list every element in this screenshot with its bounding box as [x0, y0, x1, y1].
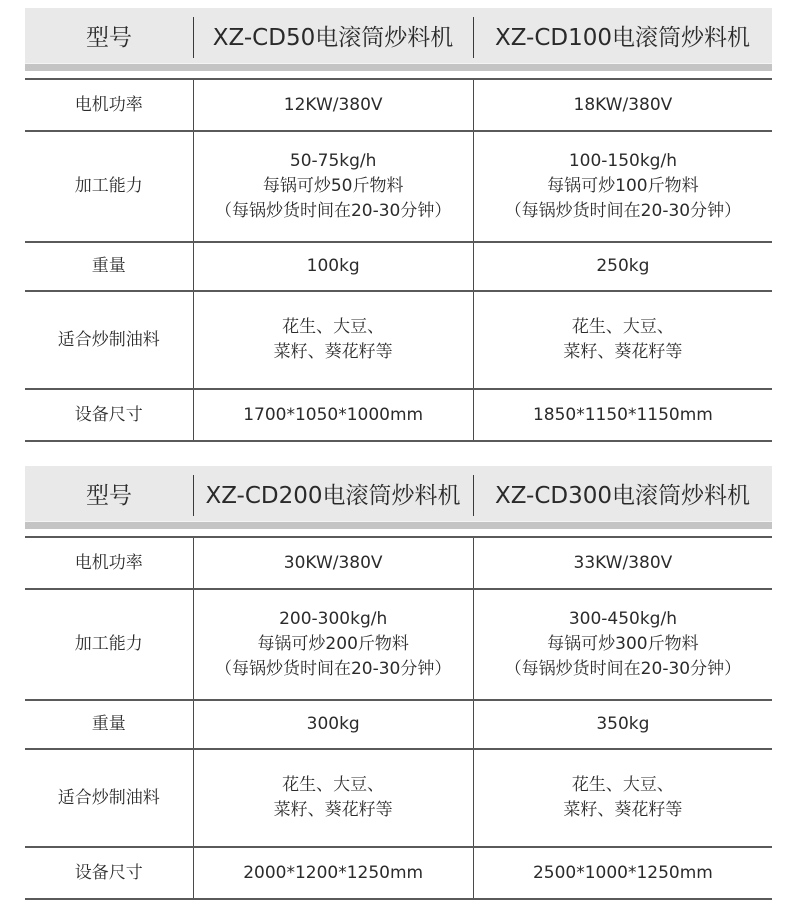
cell-value: 300kg: [194, 701, 474, 748]
table-header: 型号 XZ-CD200电滚筒炒料机 XZ-CD300电滚筒炒料机: [25, 466, 772, 521]
cell-value: 2000*1200*1250mm: [194, 848, 474, 898]
table-body: 电机功率 12KW/380V 18KW/380V 加工能力 50-75kg/h …: [25, 78, 772, 442]
cell-value: 30KW/380V: [194, 538, 474, 588]
table-row-weight: 重量 300kg 350kg: [25, 701, 772, 750]
row-label: 适合炒制油料: [25, 750, 194, 846]
spec-table-2: 型号 XZ-CD200电滚筒炒料机 XZ-CD300电滚筒炒料机 电机功率 30…: [25, 466, 772, 900]
cell-value: 18KW/380V: [474, 80, 772, 130]
cell-value: 250kg: [474, 243, 772, 290]
table-row-capacity: 加工能力 200-300kg/h 每锅可炒200斤物料 （每锅炒货时间在20-3…: [25, 590, 772, 701]
value-line: 每锅可炒300斤物料: [547, 632, 698, 657]
value-line: 花生、大豆、: [572, 315, 674, 340]
table-row-materials: 适合炒制油料 花生、大豆、 菜籽、葵花籽等 花生、大豆、 菜籽、葵花籽等: [25, 292, 772, 390]
value-line: 花生、大豆、: [282, 773, 384, 798]
value-line: （每锅炒货时间在20-30分钟）: [505, 657, 741, 682]
table-row-weight: 重量 100kg 250kg: [25, 243, 772, 292]
header-label: 型号: [25, 466, 193, 521]
value-line: 350kg: [596, 712, 649, 737]
cell-value: 花生、大豆、 菜籽、葵花籽等: [194, 292, 474, 388]
header-model-1: XZ-CD50电滚筒炒料机: [193, 8, 473, 63]
value-line: 菜籽、葵花籽等: [274, 798, 393, 823]
header-gap: [25, 71, 772, 78]
cell-value: 花生、大豆、 菜籽、葵花籽等: [474, 750, 772, 846]
row-label: 加工能力: [25, 132, 194, 241]
row-label: 电机功率: [25, 538, 194, 588]
row-label: 设备尺寸: [25, 390, 194, 440]
value-line: 100kg: [307, 254, 360, 279]
value-line: 200-300kg/h: [279, 607, 387, 632]
header-gap: [25, 529, 772, 536]
value-line: 100-150kg/h: [569, 149, 677, 174]
table-row-dimensions: 设备尺寸 1700*1050*1000mm 1850*1150*1150mm: [25, 390, 772, 442]
table-header: 型号 XZ-CD50电滚筒炒料机 XZ-CD100电滚筒炒料机: [25, 8, 772, 63]
cell-value: 100-150kg/h 每锅可炒100斤物料 （每锅炒货时间在20-30分钟）: [474, 132, 772, 241]
value-line: （每锅炒货时间在20-30分钟）: [215, 657, 451, 682]
value-line: 菜籽、葵花籽等: [563, 798, 682, 823]
cell-value: 1850*1150*1150mm: [474, 390, 772, 440]
table-row-motor-power: 电机功率 30KW/380V 33KW/380V: [25, 538, 772, 590]
value-line: 每锅可炒50斤物料: [263, 174, 404, 199]
value-line: 50-75kg/h: [290, 149, 377, 174]
table-row-dimensions: 设备尺寸 2000*1200*1250mm 2500*1000*1250mm: [25, 848, 772, 900]
cell-value: 200-300kg/h 每锅可炒200斤物料 （每锅炒货时间在20-30分钟）: [194, 590, 474, 699]
spec-table-1: 型号 XZ-CD50电滚筒炒料机 XZ-CD100电滚筒炒料机 电机功率 12K…: [25, 8, 772, 442]
table-row-capacity: 加工能力 50-75kg/h 每锅可炒50斤物料 （每锅炒货时间在20-30分钟…: [25, 132, 772, 243]
value-line: 250kg: [596, 254, 649, 279]
cell-value: 100kg: [194, 243, 474, 290]
table-row-materials: 适合炒制油料 花生、大豆、 菜籽、葵花籽等 花生、大豆、 菜籽、葵花籽等: [25, 750, 772, 848]
header-model-2: XZ-CD300电滚筒炒料机: [473, 466, 772, 521]
value-line: 菜籽、葵花籽等: [563, 340, 682, 365]
value-line: 每锅可炒200斤物料: [257, 632, 408, 657]
row-label: 重量: [25, 243, 194, 290]
value-line: （每锅炒货时间在20-30分钟）: [215, 199, 451, 224]
header-model-1: XZ-CD200电滚筒炒料机: [193, 466, 473, 521]
value-line: 2000*1200*1250mm: [243, 861, 423, 886]
value-line: （每锅炒货时间在20-30分钟）: [505, 199, 741, 224]
table-body: 电机功率 30KW/380V 33KW/380V 加工能力 200-300kg/…: [25, 536, 772, 900]
value-line: 300kg: [307, 712, 360, 737]
cell-value: 350kg: [474, 701, 772, 748]
cell-value: 1700*1050*1000mm: [194, 390, 474, 440]
row-label: 设备尺寸: [25, 848, 194, 898]
table-row-motor-power: 电机功率 12KW/380V 18KW/380V: [25, 80, 772, 132]
cell-value: 花生、大豆、 菜籽、葵花籽等: [474, 292, 772, 388]
value-line: 12KW/380V: [284, 93, 383, 118]
row-label: 适合炒制油料: [25, 292, 194, 388]
value-line: 花生、大豆、: [282, 315, 384, 340]
cell-value: 33KW/380V: [474, 538, 772, 588]
row-label: 重量: [25, 701, 194, 748]
value-line: 18KW/380V: [574, 93, 673, 118]
value-line: 2500*1000*1250mm: [533, 861, 713, 886]
value-line: 33KW/380V: [574, 551, 673, 576]
header-underline-strip: [25, 521, 772, 529]
value-line: 30KW/380V: [284, 551, 383, 576]
value-line: 每锅可炒100斤物料: [547, 174, 698, 199]
header-model-2: XZ-CD100电滚筒炒料机: [473, 8, 772, 63]
value-line: 1700*1050*1000mm: [243, 403, 423, 428]
header-label: 型号: [25, 8, 193, 63]
value-line: 300-450kg/h: [569, 607, 677, 632]
value-line: 花生、大豆、: [572, 773, 674, 798]
row-label: 加工能力: [25, 590, 194, 699]
row-label: 电机功率: [25, 80, 194, 130]
cell-value: 50-75kg/h 每锅可炒50斤物料 （每锅炒货时间在20-30分钟）: [194, 132, 474, 241]
header-underline-strip: [25, 63, 772, 71]
cell-value: 花生、大豆、 菜籽、葵花籽等: [194, 750, 474, 846]
value-line: 1850*1150*1150mm: [533, 403, 713, 428]
cell-value: 300-450kg/h 每锅可炒300斤物料 （每锅炒货时间在20-30分钟）: [474, 590, 772, 699]
cell-value: 2500*1000*1250mm: [474, 848, 772, 898]
value-line: 菜籽、葵花籽等: [274, 340, 393, 365]
cell-value: 12KW/380V: [194, 80, 474, 130]
